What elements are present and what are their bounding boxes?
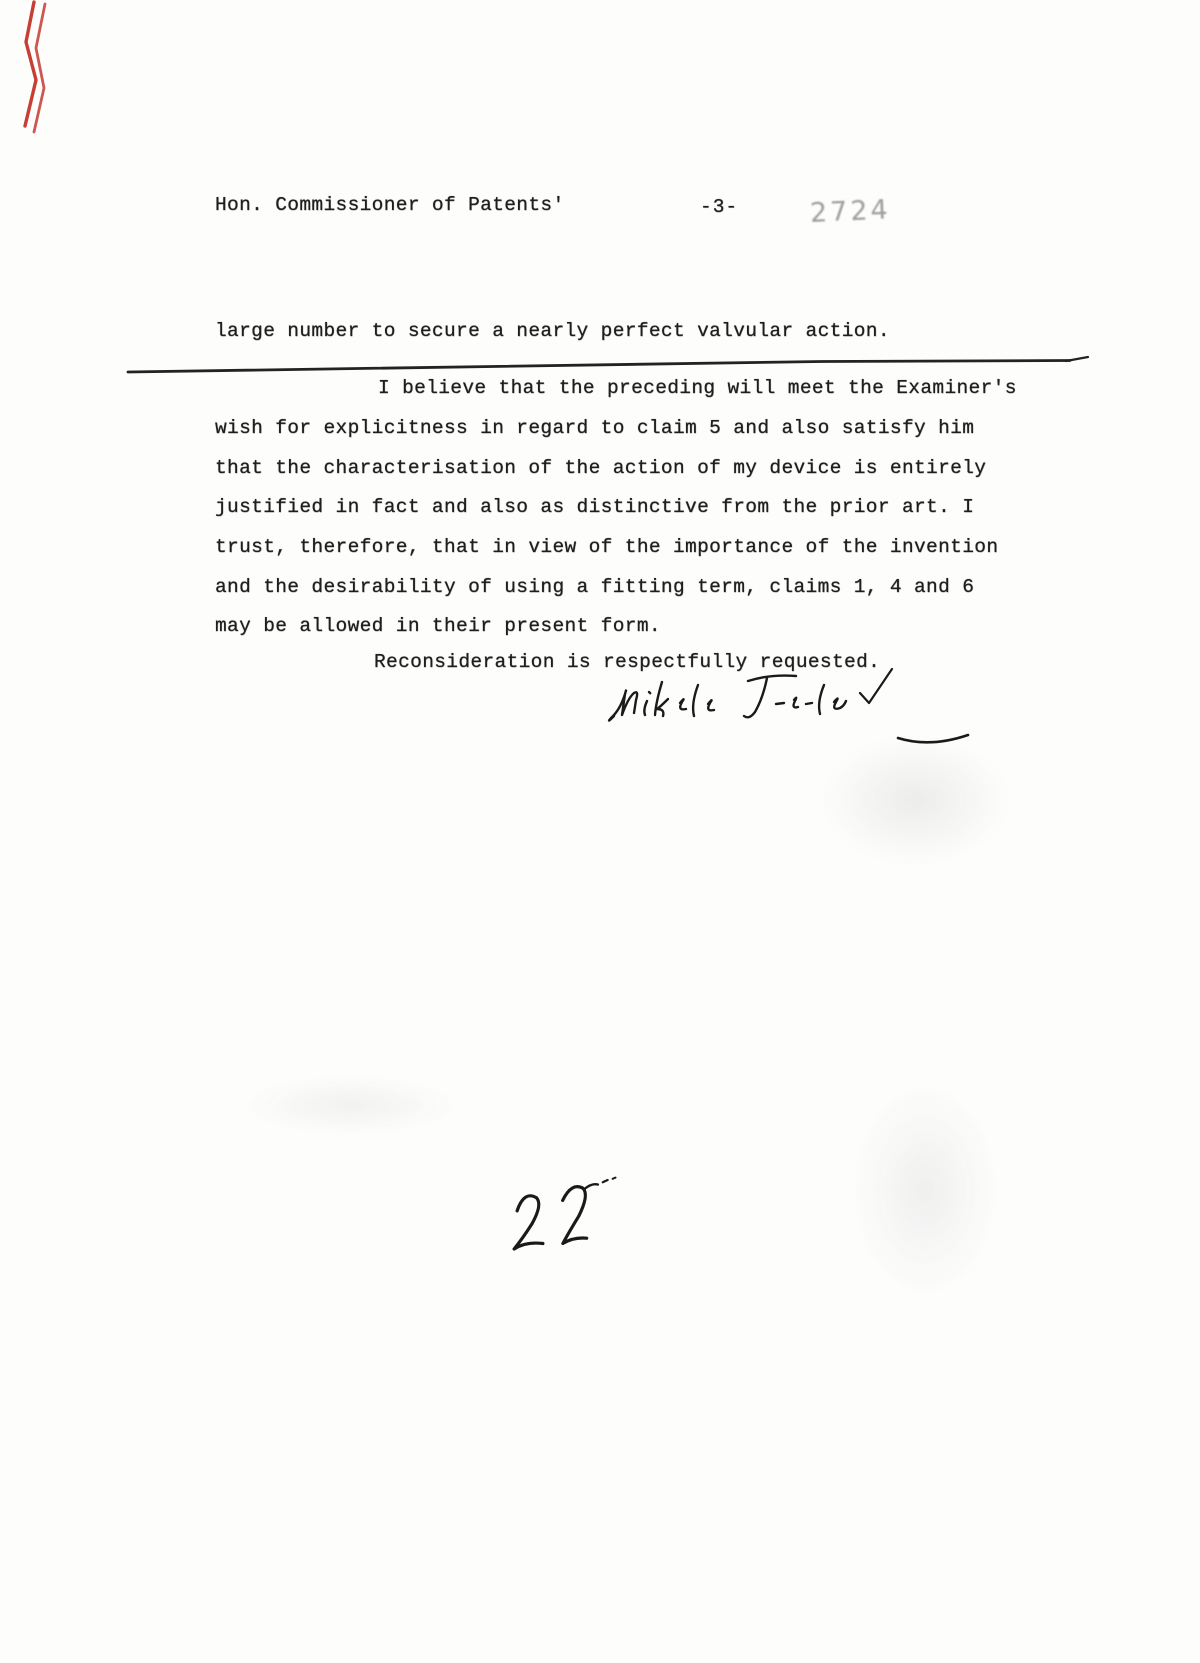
typed-line: may be allowed in their present form. [215,615,661,637]
page-number: -3- [700,196,738,218]
handwritten-number-mark [493,1172,648,1280]
typed-line: and the desirability of using a fitting … [215,576,974,598]
signature-handwriting [598,658,998,768]
red-crayon-mark [12,0,58,140]
typed-line: trust, therefore, that in view of the im… [215,536,998,558]
scanned-letter-page: Hon. Commissioner of Patents' -3- 2724 l… [0,0,1200,1663]
header-addressee: Hon. Commissioner of Patents' [215,194,565,216]
typed-line: I believe that the preceding will meet t… [378,377,1017,399]
bleed-through-smudge [850,1080,1000,1300]
bleed-through-smudge [240,1075,460,1135]
typed-line: that the characterisation of the action … [215,457,986,479]
horizontal-rule-mark [122,352,1102,380]
pencil-stamp: 2724 [809,194,891,228]
typed-line-intro: large number to secure a nearly perfect … [215,320,890,342]
typed-line: wish for explicitness in regard to claim… [215,417,974,439]
typed-line: justified in fact and also as distinctiv… [215,496,974,518]
